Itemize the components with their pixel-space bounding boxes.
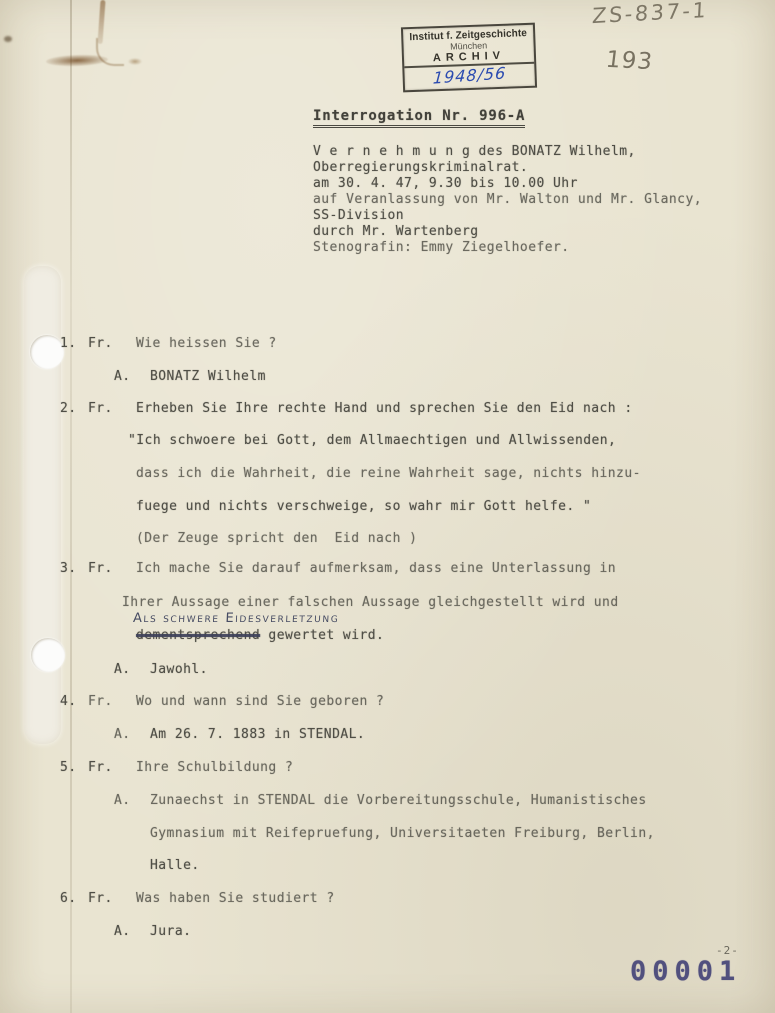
q5-number: 5. <box>60 760 77 775</box>
q2-fr-label: Fr. <box>88 401 113 416</box>
header-requested-by: auf Veranlassung von Mr. Walton und Mr. … <box>313 192 702 208</box>
q6-text: Was haben Sie studiert ? <box>136 891 335 906</box>
a5-text-line2: Gymnasium mit Reifepruefung, Universitae… <box>150 826 655 841</box>
struck-word: dementsprechend <box>136 628 260 643</box>
q2-oath-line3: fuege und nichts verschweige, so wahr mi… <box>136 499 591 514</box>
a1-label: A. <box>114 369 131 384</box>
handwritten-document-id: ZS-837-1 <box>591 0 708 28</box>
punch-hole-top <box>30 335 64 369</box>
edge-speck <box>4 36 12 42</box>
a5-label: A. <box>114 793 131 808</box>
a5-text-line1: Zunaechst in STENDAL die Vorbereitungssc… <box>150 793 647 808</box>
q2-remark: (Der Zeuge spricht den Eid nach ) <box>136 531 417 546</box>
a3-label: A. <box>114 662 131 677</box>
header-division: SS-Division <box>313 208 404 224</box>
q1-fr-label: Fr. <box>88 336 113 351</box>
archive-stamp: Institut f. Zeitgeschichte München ARCHI… <box>401 23 537 93</box>
q6-fr-label: Fr. <box>88 891 113 906</box>
header-interrogator: durch Mr. Wartenberg <box>313 224 479 240</box>
q2-oath-line2: dass ich die Wahrheit, die reine Wahrhei… <box>136 466 641 481</box>
handwritten-correction: Als schwere Eidesverletzung <box>133 611 340 626</box>
a3-text: Jawohl. <box>150 662 208 677</box>
handwritten-folio-number: 193 <box>604 47 654 75</box>
header-rank: Oberregierungskriminalrat. <box>313 160 528 176</box>
q3-text-line3: dementsprechend gewertet wird. <box>136 628 384 643</box>
folio-number-stamp: 00001 <box>630 956 741 987</box>
header-stenographer: Stenografin: Emmy Ziegelhoefer. <box>313 240 570 256</box>
a6-label: A. <box>114 924 131 939</box>
scanned-document-page: Institut f. Zeitgeschichte München ARCHI… <box>0 0 775 1013</box>
small-stain <box>128 58 142 65</box>
document-title: Interrogation Nr. 996-A <box>313 108 525 128</box>
q4-fr-label: Fr. <box>88 694 113 709</box>
q1-text: Wie heissen Sie ? <box>136 336 277 351</box>
q4-number: 4. <box>60 694 77 709</box>
a5-text-line3: Halle. <box>150 858 200 873</box>
q6-number: 6. <box>60 891 77 906</box>
q3-text-line2: Ihrer Aussage einer falschen Aussage gle… <box>122 595 619 610</box>
q3-number: 3. <box>60 561 77 576</box>
header-subject: V e r n e h m u n g des BONATZ Wilhelm, <box>313 144 636 160</box>
q2-oath-line1: "Ich schwoere bei Gott, dem Allmaechtige… <box>128 433 616 448</box>
a6-text: Jura. <box>150 924 191 939</box>
q5-text: Ihre Schulbildung ? <box>136 760 293 775</box>
vertical-fold-line <box>70 0 72 1013</box>
header-date-time: am 30. 4. 47, 9.30 bis 10.00 Uhr <box>313 176 578 192</box>
q2-text-line1: Erheben Sie Ihre rechte Hand und spreche… <box>136 401 633 416</box>
q2-number: 2. <box>60 401 77 416</box>
q5-fr-label: Fr. <box>88 760 113 775</box>
q3-fr-label: Fr. <box>88 561 113 576</box>
q4-text: Wo und wann sind Sie geboren ? <box>136 694 384 709</box>
a1-text: BONATZ Wilhelm <box>150 369 266 384</box>
q1-number: 1. <box>60 336 77 351</box>
a4-label: A. <box>114 727 131 742</box>
a4-text: Am 26. 7. 1883 in STENDAL. <box>150 727 365 742</box>
glue-stain <box>46 54 108 67</box>
q3-rest: gewertet wird. <box>260 628 384 643</box>
punch-hole-bottom <box>31 638 65 672</box>
q3-text-line1: Ich mache Sie darauf aufmerksam, dass ei… <box>136 561 616 576</box>
